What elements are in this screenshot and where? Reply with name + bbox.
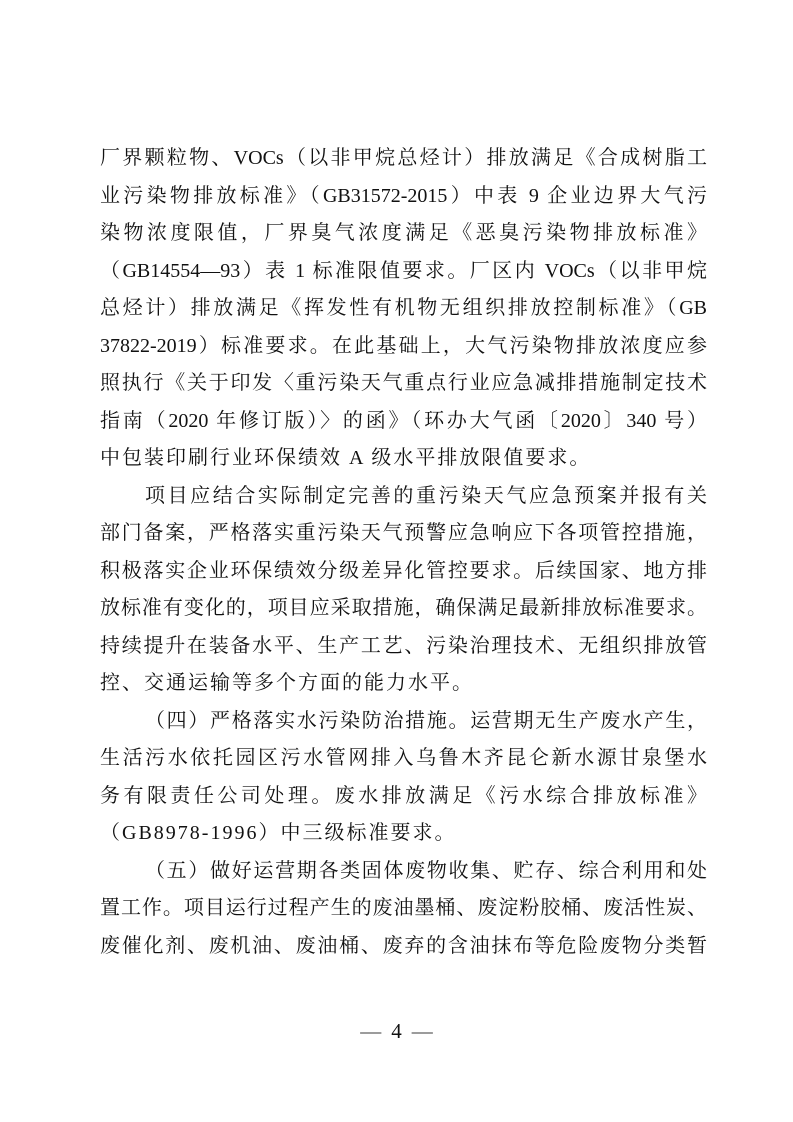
text-line: 业污染物排放标准》（GB31572-2015）中表 9 企业边界大气污 [100,178,707,216]
text-line: 37822-2019）标准要求。在此基础上，大气污染物排放浓度应参 [100,328,707,366]
text-line: （GB14554—93）表 1 标准限值要求。厂区内 VOCs（以非甲烷 [100,253,707,291]
text-line: 务有限责任公司处理。废水排放满足《污水综合排放标准》 [100,778,707,816]
text-line: 指南（2020 年修订版）〉的函》（环办大气函〔2020〕340 号） [100,403,707,441]
page-footer: —4— [0,1018,793,1044]
document-sheet: 厂界颗粒物、VOCs（以非甲烷总烃计）排放满足《合成树脂工业污染物排放标准》（G… [0,0,793,1122]
text-line: （GB8978-1996）中三级标准要求。 [100,815,707,853]
document-page: { "document": { "lines": [ { "text": "厂界… [0,0,793,1122]
text-line: 照执行《关于印发〈重污染天气重点行业应急减排措施制定技术 [100,365,707,403]
text-line: 部门备案，严格落实重污染天气预警应急响应下各项管控措施， [100,515,707,553]
text-line: 中包装印刷行业环保绩效 A 级水平排放限值要求。 [100,440,707,478]
footer-dash-right: — [412,1019,433,1043]
text-line: 放标准有变化的，项目应采取措施，确保满足最新排放标准要求。 [100,590,707,628]
text-line: 染物浓度限值，厂界臭气浓度满足《恶臭污染物排放标准》 [100,215,707,253]
text-line: 控、交通运输等多个方面的能力水平。 [100,665,707,703]
text-line: 置工作。项目运行过程产生的废油墨桶、废淀粉胶桶、废活性炭、 [100,890,707,928]
text-line: （四）严格落实水污染防治措施。运营期无生产废水产生， [100,703,707,741]
text-line: （五）做好运营期各类固体废物收集、贮存、综合利用和处 [100,853,707,891]
text-line: 积极落实企业环保绩效分级差异化管控要求。后续国家、地方排 [100,553,707,591]
text-line: 生活污水依托园区污水管网排入乌鲁木齐昆仑新水源甘泉堡水 [100,740,707,778]
text-line: 厂界颗粒物、VOCs（以非甲烷总烃计）排放满足《合成树脂工 [100,140,707,178]
page-number: 4 [391,1018,402,1044]
document-body: 厂界颗粒物、VOCs（以非甲烷总烃计）排放满足《合成树脂工业污染物排放标准》（G… [100,140,707,965]
text-line: 项目应结合实际制定完善的重污染天气应急预案并报有关 [100,478,707,516]
text-line: 持续提升在装备水平、生产工艺、污染治理技术、无组织排放管 [100,628,707,666]
footer-dash-left: — [360,1019,381,1043]
text-line: 废催化剂、废机油、废油桶、废弃的含油抹布等危险废物分类暂 [100,928,707,966]
text-line: 总烃计）排放满足《挥发性有机物无组织排放控制标准》（GB [100,290,707,328]
